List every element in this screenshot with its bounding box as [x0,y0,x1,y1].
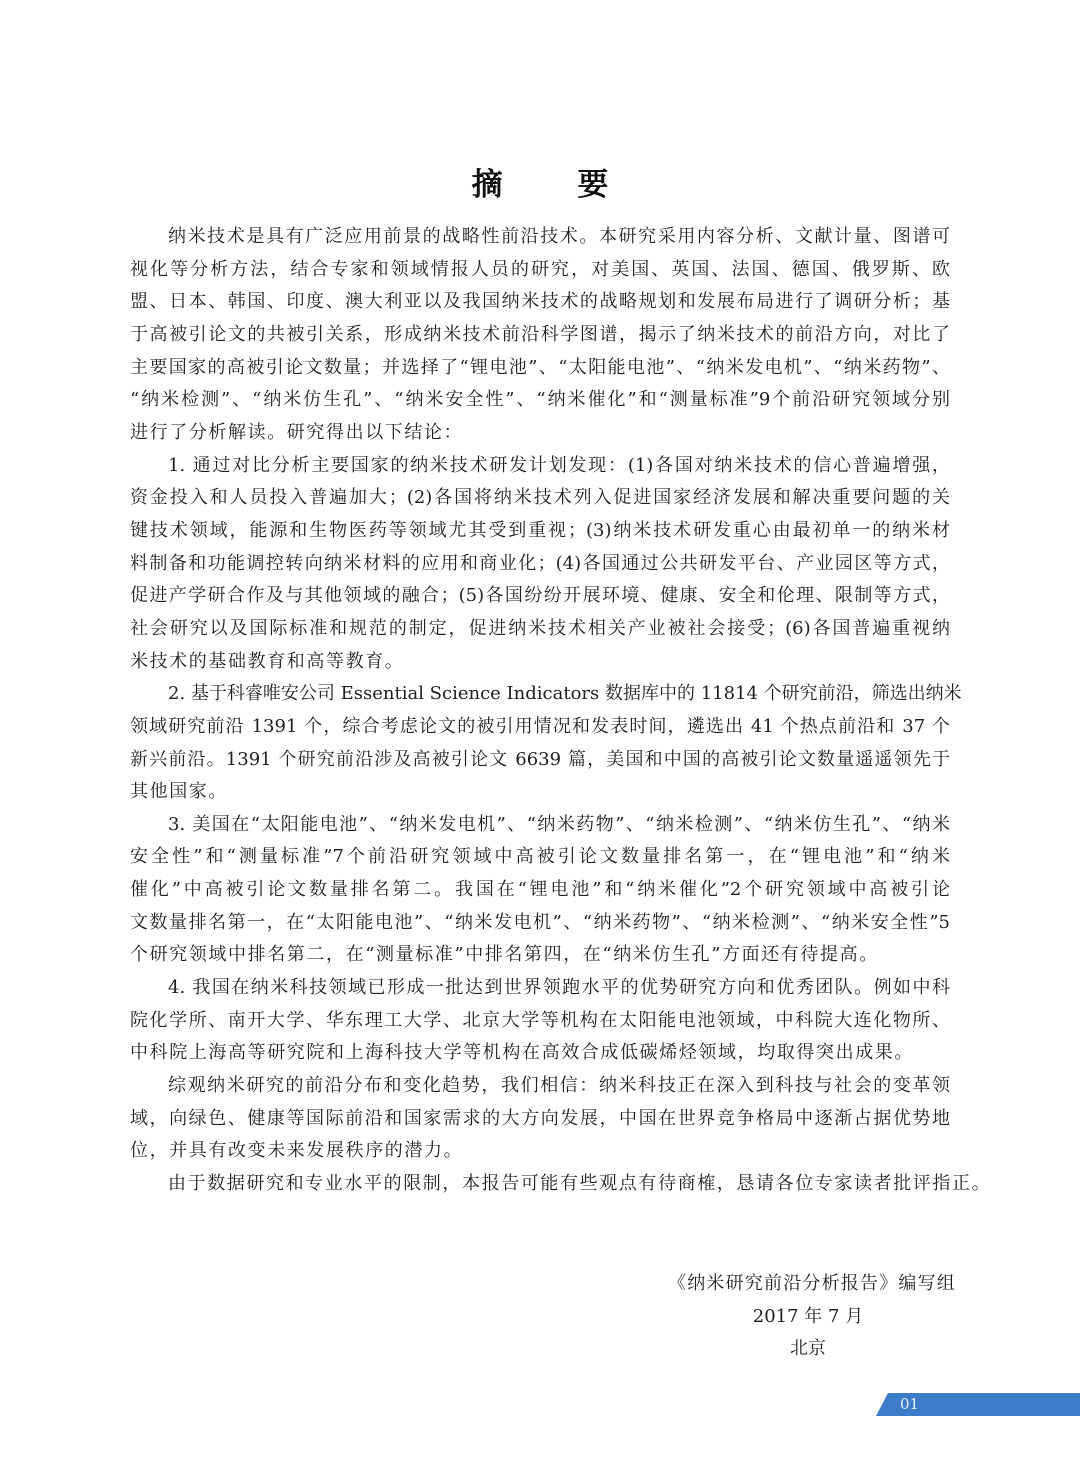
text-line: 位，并具有改变未来发展秩序的潜力。 [130,1135,950,1168]
paragraph-conclusion-4: 4. 我国在纳米科技领域已形成一批达到世界领跑水平的优势研究方向和优秀团队。例如… [130,972,950,1070]
text-line: 资金投入和人员投入普遍加大；(2)各国将纳米技术列入促进国家经济发展和解决重要问… [130,482,950,515]
text-line: 4. 我国在纳米科技领域已形成一批达到世界领跑水平的优势研究方向和优秀团队。例如… [130,972,950,1005]
text-line: 社会研究以及国际标准和规范的制定，促进纳米技术相关产业被社会接受；(6)各国普遍… [130,613,950,646]
text-line: 安全性”和“测量标准”7个前沿研究领域中高被引论文数量排名第一，在“锂电池”和“… [130,841,950,874]
signature-place: 北京 [660,1333,956,1366]
text-line: “纳米检测”、“纳米仿生孔”、“纳米安全性”、“纳米催化”和“测量标准”9个前沿… [130,384,950,417]
paragraph-conclusion-3: 3. 美国在“太阳能电池”、“纳米发电机”、“纳米药物”、“纳米检测”、“纳米仿… [130,809,950,972]
text-line: 院化学所、南开大学、华东理工大学、北京大学等机构在太阳能电池领域，中科院大连化物… [130,1005,950,1038]
paragraph-disclaimer: 由于数据研究和专业水平的限制，本报告可能有些观点有待商榷，恳请各位专家读者批评指… [130,1168,950,1201]
text-line: 盟、日本、韩国、印度、澳大利亚以及我国纳米技术的战略规划和发展布局进行了调研分析… [130,286,950,319]
signature-organization: 《纳米研究前沿分析报告》编写组 [660,1268,956,1301]
text-line: 1. 通过对比分析主要国家的纳米技术研发计划发现：(1)各国对纳米技术的信心普遍… [130,450,950,483]
signature-block: 《纳米研究前沿分析报告》编写组 2017 年 7 月 北京 [660,1268,956,1366]
text-line: 视化等分析方法，结合专家和领域情报人员的研究，对美国、英国、法国、德国、俄罗斯、… [130,254,950,287]
text-line: 键技术领域，能源和生物医药等领域尤其受到重视；(3)纳米技术研发重心由最初单一的… [130,515,950,548]
abstract-body: 纳米技术是具有广泛应用前景的战略性前沿技术。本研究采用内容分析、文献计量、图谱可… [130,221,950,1201]
text-line: 于高被引论文的共被引关系，形成纳米技术前沿科学图谱，揭示了纳米技术的前沿方向，对… [130,319,950,352]
text-line: 纳米技术是具有广泛应用前景的战略性前沿技术。本研究采用内容分析、文献计量、图谱可 [130,221,950,254]
text-line: 催化”中高被引论文数量排名第二。我国在“锂电池”和“纳米催化”2个研究领域中高被… [130,874,950,907]
text-line: 3. 美国在“太阳能电池”、“纳米发电机”、“纳米药物”、“纳米检测”、“纳米仿… [130,809,950,842]
text-line: 新兴前沿。1391 个研究前沿涉及高被引论文 6639 篇，美国和中国的高被引论… [130,744,950,777]
text-line: 文数量排名第一，在“太阳能电池”、“纳米发电机”、“纳米药物”、“纳米检测”、“… [130,907,950,940]
text-line: 米技术的基础教育和高等教育。 [130,646,950,679]
text-line: 中科院上海高等研究院和上海科技大学等机构在高效合成低碳烯烃领域，均取得突出成果。 [130,1037,950,1070]
text-line: 领域研究前沿 1391 个，综合考虑论文的被引用情况和发表时间，遴选出 41 个… [130,711,950,744]
text-line: 其他国家。 [130,776,950,809]
page-number: 01 [900,1393,919,1416]
text-line: 2. 基于科睿唯安公司 Essential Science Indicators… [130,678,950,711]
text-line: 促进产学研合作及与其他领域的融合；(5)各国纷纷开展环境、健康、安全和伦理、限制… [130,580,950,613]
text-line: 域，向绿色、健康等国际前沿和国家需求的大方向发展，中国在世界竞争格局中逐渐占据优… [130,1103,950,1136]
text-line: 个研究领域中排名第二，在“测量标准”中排名第四，在“纳米仿生孔”方面还有待提高。 [130,939,950,972]
signature-date: 2017 年 7 月 [660,1301,956,1334]
paragraph-conclusion-2: 2. 基于科睿唯安公司 Essential Science Indicators… [130,678,950,809]
text-line: 由于数据研究和专业水平的限制，本报告可能有些观点有待商榷，恳请各位专家读者批评指… [130,1168,950,1201]
text-line: 综观纳米研究的前沿分布和变化趋势，我们相信：纳米科技正在深入到科技与社会的变革领 [130,1070,950,1103]
text-line: 进行了分析解读。研究得出以下结论： [130,417,950,450]
text-line: 主要国家的高被引论文数量；并选择了“锂电池”、“太阳能电池”、“纳米发电机”、“… [130,352,950,385]
text-line: 料制备和功能调控转向纳米材料的应用和商业化；(4)各国通过公共研发平台、产业园区… [130,548,950,581]
page-title: 摘 要 [0,163,1080,207]
paragraph-summary: 综观纳米研究的前沿分布和变化趋势，我们相信：纳米科技正在深入到科技与社会的变革领… [130,1070,950,1168]
paragraph-intro: 纳米技术是具有广泛应用前景的战略性前沿技术。本研究采用内容分析、文献计量、图谱可… [130,221,950,450]
paragraph-conclusion-1: 1. 通过对比分析主要国家的纳米技术研发计划发现：(1)各国对纳米技术的信心普遍… [130,450,950,679]
